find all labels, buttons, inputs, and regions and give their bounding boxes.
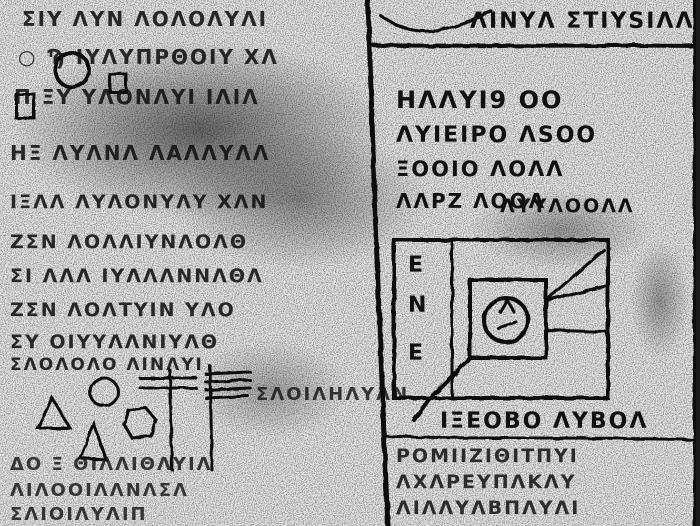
- glyph-row: ΞΟΟΙΟ ΛΟΛΛ: [396, 157, 565, 181]
- glyph-row: ΖΣΝ ΛΟΛΛΙΥΝΛΟΛΘ: [10, 231, 248, 253]
- glyph-row: ΣΛΟΙΛΗΛΥΛΝ: [256, 384, 409, 405]
- glyph-row: ΙΞΛΛ ΛΥΛΟΝΥΛΥ ΧΛΝ: [10, 191, 268, 213]
- glyph-row: ΗΛΛΥΙ9 ΟΟ: [396, 86, 563, 114]
- top-band-border: [370, 45, 700, 46]
- glyph-row: ΔΟ Ξ ΘΙΛΛΙΘΛΥΙΛ: [10, 454, 213, 475]
- glyph-row: ΣΥ ΟΙΥΥΛΛΝΙΥΛΘ: [10, 331, 219, 353]
- glyph-row: ΣΙ ΛΛΛ ΙΥΛΛΛΝΝΛΘΛ: [10, 265, 264, 287]
- photo-border: [696, 0, 700, 526]
- inscribed-stone-photo: ΛΙΝΥΛ ΣΤΙΥSΙΛΛΧ ΣΙΥ ΛΥΝ ΛΟΛΟΛΥΛΙ ○ Ϡ ΙΥΛ…: [0, 0, 700, 526]
- glyph-row: ΗΞ ΛΥΛΝΛ ΛΑΛΛΥΛΛ: [10, 141, 270, 165]
- glyph-row: ΛΙΛΛΥΛΒΠΛΥΛΙ: [396, 497, 580, 519]
- glyph-row: ΙΞΕΟΒΟ ΛΥΒΟΛ: [440, 409, 648, 434]
- glyph-row: Π ΞΥ ΥΛΟΝΛΥΙ ΙΛΙΛ: [14, 85, 260, 109]
- glyph-row: ΖΣΝ ΛΟΛΤΥΙΝ ΥΛΟ: [10, 299, 236, 321]
- top-band-text: ΛΙΝΥΛ ΣΤΙΥSΙΛΛΧ: [470, 9, 700, 34]
- glyph-row: ΣΛΟΛΟΛΟ ΛΙΝΛΥΙ: [10, 355, 204, 375]
- emblem-ray: [546, 330, 606, 332]
- box-bottom-inscription: ΙΞΕΟΒΟ ΛΥΒΟΛ: [440, 409, 648, 434]
- glyph-row: ΛΥΥΛΟΟΛΛ: [500, 195, 635, 217]
- glyph-row: ○ Ϡ ΙΥΛΥΠΡΘΟΙΥ ΧΛ: [18, 45, 279, 69]
- box-letter: Ε: [408, 253, 423, 278]
- grain-texture: [0, 0, 700, 526]
- glyph-row: ΛΧΛΡΕΥΠΛΚΛΥ: [396, 471, 577, 493]
- glyph-row: ΣΛΙΟΙΛΥΛΙΠ: [10, 504, 148, 525]
- top-band-inscription: ΛΙΝΥΛ ΣΤΙΥSΙΛΛΧ: [470, 9, 700, 34]
- box-letter: Ε: [408, 341, 423, 366]
- glyph-row: ΣΙΥ ΛΥΝ ΛΟΛΟΛΥΛΙ: [22, 7, 268, 31]
- glyph-row: ΛΥΙΕΙΡΟ ΛSΟΟ: [396, 123, 597, 148]
- glyph-row: ΛΙΛΟΟΙΛΛΝΛΣΛ: [10, 480, 189, 501]
- glyph-row: ΡΟΜΙΙΖΙΘΙΤΠΥΙ: [396, 445, 579, 467]
- box-letter: Ν: [408, 293, 426, 318]
- bottom-inscription: ΡΟΜΙΙΖΙΘΙΤΠΥΙ ΛΧΛΡΕΥΠΛΚΛΥ ΛΙΛΛΥΛΒΠΛΥΛΙ: [396, 445, 580, 519]
